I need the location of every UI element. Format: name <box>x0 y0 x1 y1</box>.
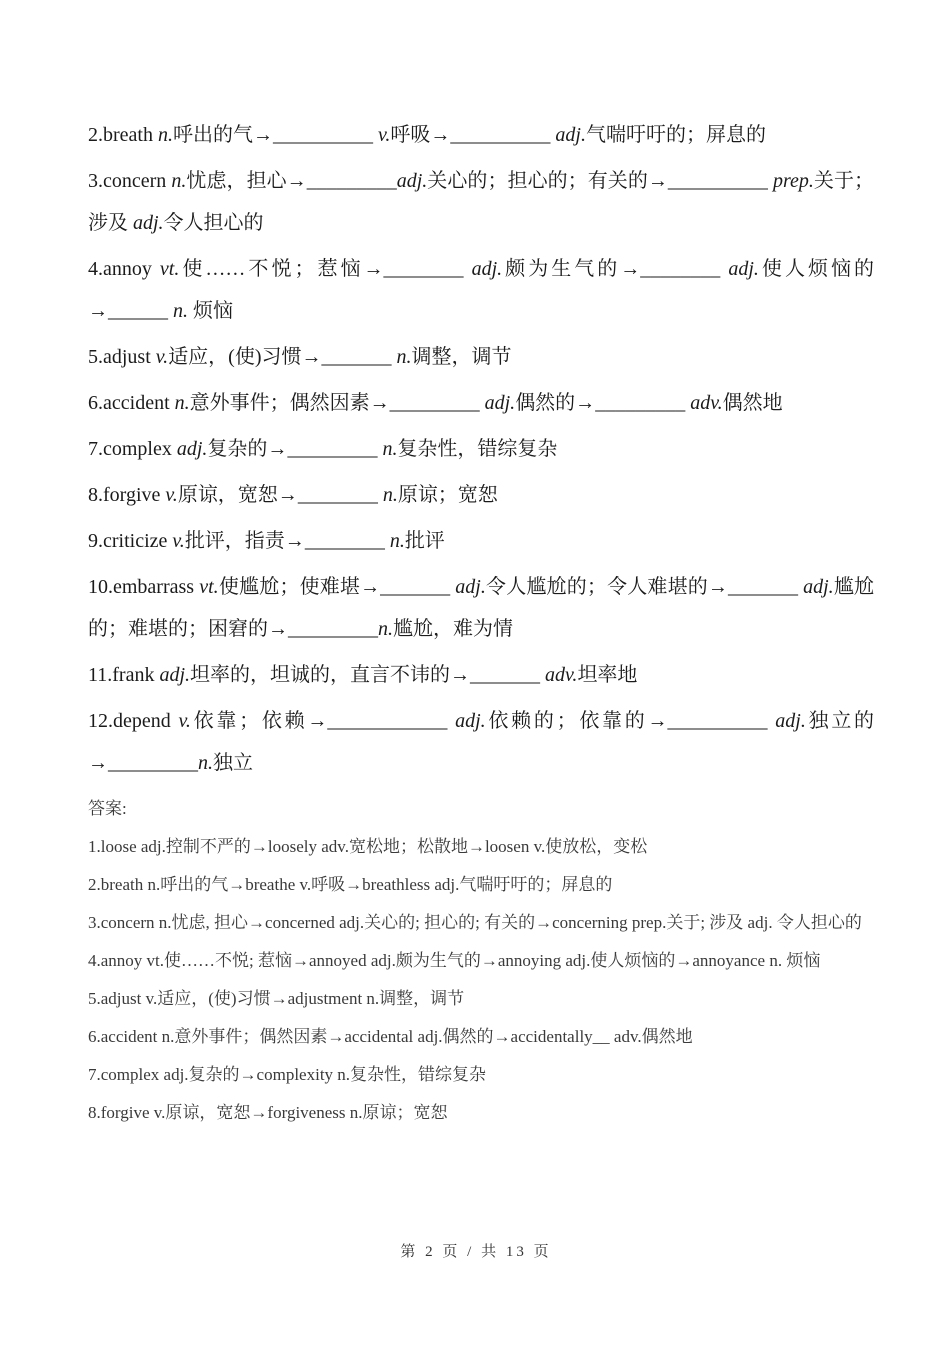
answer-line-5-adjust: 5.adjust v.适应，(使)习惯→adjustment n.调整，调节 <box>88 980 874 1018</box>
answer-line-3-concern: 3.concern n.忧虑, 担心→concerned adj.关心的; 担心… <box>88 904 874 942</box>
answer-line-8-forgive: 8.forgive v.原谅，宽恕→forgiveness n.原谅；宽恕 <box>88 1094 874 1132</box>
answers-header: 答案: <box>88 790 874 828</box>
page-number-indicator: 第 2 页 / 共 13 页 <box>400 1244 551 1260</box>
answers-section: 答案: 1.loose adj.控制不严的→loosely adv.宽松地；松散… <box>88 790 874 1132</box>
answer-line-1-loose: 1.loose adj.控制不严的→loosely adv.宽松地；松散地→lo… <box>88 828 874 866</box>
answer-line-7-complex: 7.complex adj.复杂的→complexity n.复杂性，错综复杂 <box>88 1056 874 1094</box>
exercise-item-7-complex: 7.complex adj.复杂的→_________ n.复杂性，错综复杂 <box>88 428 874 470</box>
page-content: 2.breath n.呼出的气→__________ v.呼吸→________… <box>88 114 874 1132</box>
exercise-item-10-embarrass: 10.embarrass vt.使尴尬；使难堪→_______ adj.令人尴尬… <box>88 566 874 650</box>
exercise-item-4-annoy: 4.annoy vt.使……不悦；惹恼→________ adj.颇为生气的→_… <box>88 248 874 332</box>
exercise-item-12-depend: 12.depend v.依靠；依赖→____________ adj.依赖的；依… <box>88 700 874 784</box>
document-page: 2.breath n.呼出的气→__________ v.呼吸→________… <box>0 0 952 1347</box>
answer-line-2-breath: 2.breath n.呼出的气→breathe v.呼吸→breathless … <box>88 866 874 904</box>
exercise-item-8-forgive: 8.forgive v.原谅，宽恕→________ n.原谅；宽恕 <box>88 474 874 516</box>
exercise-item-5-adjust: 5.adjust v.适应，(使)习惯→_______ n.调整，调节 <box>88 336 874 378</box>
answer-line-6-accident: 6.accident n.意外事件；偶然因素→accidental adj.偶然… <box>88 1018 874 1056</box>
exercise-item-9-criticize: 9.criticize v.批评，指责→________ n.批评 <box>88 520 874 562</box>
exercise-item-2-breath: 2.breath n.呼出的气→__________ v.呼吸→________… <box>88 114 874 156</box>
answer-line-4-annoy: 4.annoy vt.使……不悦; 惹恼→annoyed adj.颇为生气的→a… <box>88 942 874 980</box>
exercise-item-3-concern: 3.concern n.忧虑，担心→_________adj.关心的；担心的；有… <box>88 160 874 244</box>
exercise-item-6-accident: 6.accident n.意外事件；偶然因素→_________ adj.偶然的… <box>88 382 874 424</box>
page-footer: 第 2 页 / 共 13 页 <box>0 1240 952 1261</box>
exercise-item-11-frank: 11.frank adj.坦率的，坦诚的，直言不讳的→_______ adv.坦… <box>88 654 874 696</box>
exercise-section: 2.breath n.呼出的气→__________ v.呼吸→________… <box>88 114 874 784</box>
